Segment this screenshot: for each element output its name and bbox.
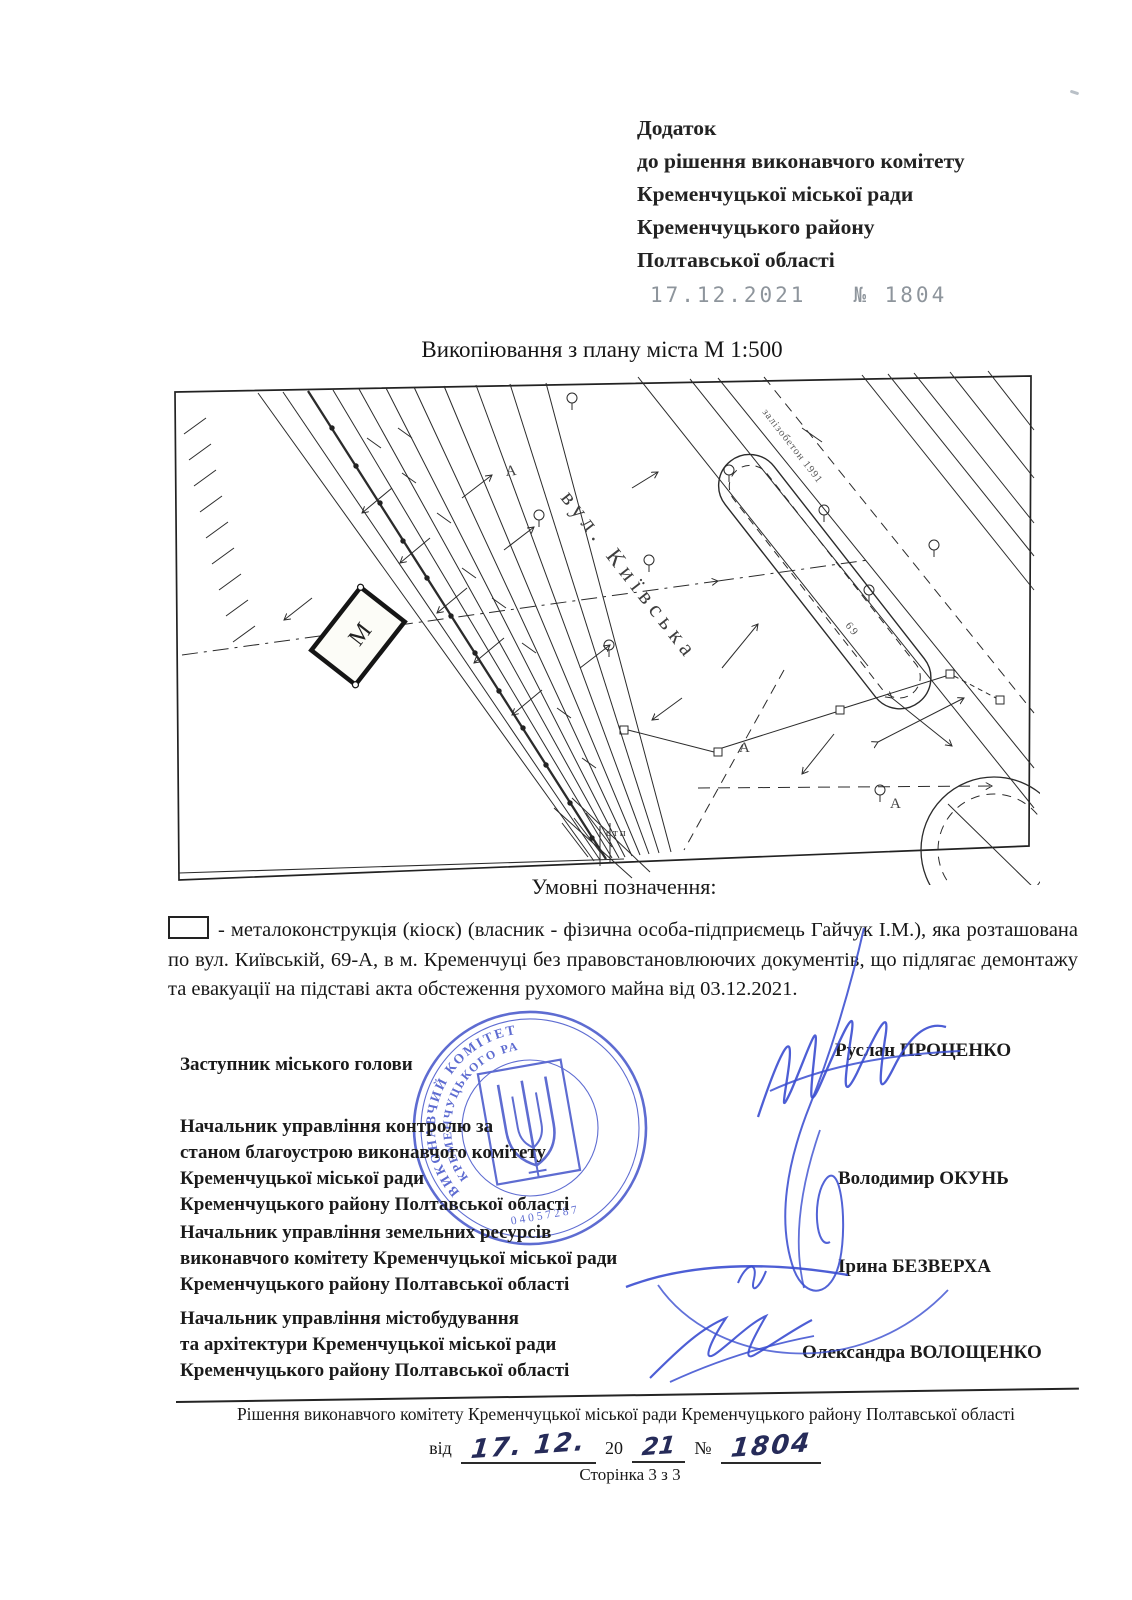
zone-letter: А — [739, 740, 750, 756]
map-title: Викопіювання з плану міста М 1:500 — [72, 337, 1132, 363]
zone-letter: А — [890, 796, 901, 812]
kiosk-legend-symbol — [168, 916, 209, 939]
scan-speck — [1070, 90, 1079, 96]
header-line: Полтавської області — [637, 244, 1067, 277]
page-number: Сторінка 3 з 3 — [128, 1465, 1132, 1485]
handwritten-date: 17. 12. — [469, 1427, 587, 1465]
legend-paragraph: - металоконструкція (кіоск) (власник - ф… — [168, 916, 1078, 1005]
street-name-label: вул. Київська — [556, 486, 704, 665]
number-slot: 1804 — [721, 1431, 821, 1464]
registration-date-stamp: 17.12.2021 № 1804 — [650, 283, 947, 307]
date-prefix: від — [429, 1438, 452, 1459]
official-title-2: Начальник управління контролю за станом … — [180, 1114, 569, 1218]
official-title-4: Начальник управління містобудування та а… — [180, 1306, 569, 1384]
legend-text: - металоконструкція (кіоск) (власник - ф… — [168, 919, 1078, 1000]
official-title-3: Начальник управління земельних ресурсів … — [180, 1220, 617, 1298]
site-plan-map: вул. Київська залізобетон 1991 69 А А А … — [162, 368, 1040, 885]
kiosk-symbol: М — [307, 583, 409, 689]
legend-heading: Умовні позначення: — [116, 874, 1132, 900]
header-line: Кременчуцької міської ради — [637, 178, 1067, 211]
signature-voloshchenko — [640, 1296, 830, 1396]
date-slot: 17. 12. — [461, 1431, 596, 1464]
handwritten-number: 1804 — [729, 1428, 812, 1464]
header-line: Додаток — [637, 112, 1067, 145]
map-linework — [175, 371, 1040, 885]
year-printed: 20 — [605, 1438, 623, 1459]
utility-line-label: залізобетон 1991 — [760, 407, 825, 486]
footer-decision-line: Рішення виконавчого комітету Кременчуцьк… — [160, 1404, 1092, 1425]
official-title-1: Заступник міського голови — [180, 1052, 413, 1078]
year-slot: 21 — [632, 1432, 685, 1463]
footer-date-line: від 17. 12. 20 21 № 1804 — [0, 1431, 1132, 1464]
header-line: Кременчуцького району — [637, 211, 1067, 244]
stp-label: стп — [606, 827, 628, 839]
handwritten-year: 21 — [640, 1431, 676, 1462]
header-line: до рішення виконавчого комітету — [637, 145, 1067, 178]
number-sign: № — [694, 1438, 711, 1459]
zone-letter: А — [505, 463, 518, 480]
document-header: Додаток до рішення виконавчого комітету … — [637, 112, 1067, 277]
map-border — [175, 376, 1031, 880]
tree-symbols — [534, 393, 939, 802]
house-number-label: 69 — [843, 620, 862, 639]
